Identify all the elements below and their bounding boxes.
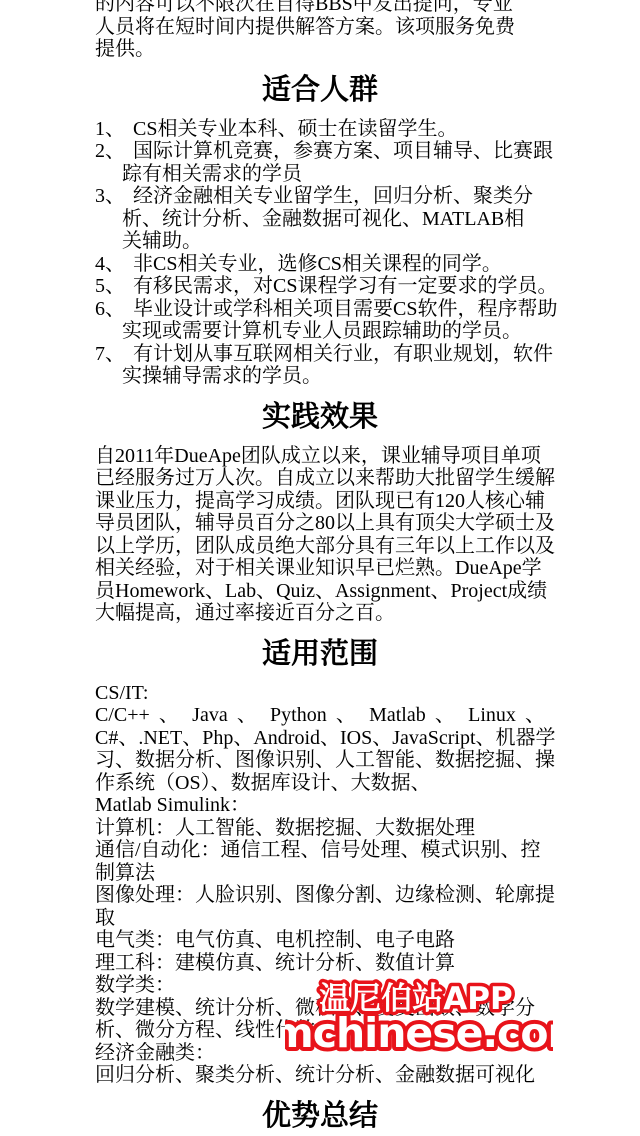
document-page: 的内容可以不限次在自得BBS中发出提问，专业人员将在短时间内提供解答方案。该项服… — [0, 0, 640, 1136]
paragraph-line: 作系统（OS）、数据库设计、大数据、 — [95, 772, 545, 795]
list-item-text: 非CS相关专业，选修CS相关课程的同学。 — [133, 253, 502, 275]
paragraph-line: 取 — [95, 907, 545, 930]
list-item: 4、非CS相关专业，选修CS相关课程的同学。 — [95, 253, 545, 276]
paragraph-line: 相关经验，对于相关课业知识早已烂熟。DueApe学 — [95, 557, 545, 580]
paragraph-line: 以上学历，团队成员绝大部分具有三年以上工作以及 — [95, 535, 545, 558]
list-item: 7、有计划从事互联网相关行业，有职业规划，软件实操辅导需求的学员。 — [95, 343, 545, 388]
paragraph-line: 员Homework、Lab、Quiz、Assignment、Project成绩 — [95, 580, 545, 603]
paragraph-line: 数学类： — [95, 974, 545, 997]
list-item: 1、CS相关专业本科、硕士在读留学生。 — [95, 118, 545, 141]
list-item-line: 6、毕业设计或学科相关项目需要CS软件，程序帮助 — [95, 298, 545, 321]
section-heading: 适合人群 — [95, 75, 545, 105]
list-item-number: 6、 — [95, 298, 133, 321]
list-item-line: 实操辅导需求的学员。 — [95, 365, 545, 388]
paragraph-line: 理工科：建模仿真、统计分析、数值计算 — [95, 952, 545, 975]
list-item-line: 7、有计划从事互联网相关行业，有职业规划，软件 — [95, 343, 545, 366]
list-item: 3、经济金融相关专业留学生，回归分析、聚类分析、统计分析、金融数据可视化、MAT… — [95, 185, 545, 253]
intro-line: 人员将在短时间内提供解答方案。该项服务免费 — [95, 16, 545, 39]
list-item: 5、有移民需求，对CS课程学习有一定要求的学员。 — [95, 275, 545, 298]
list-item-text: 经济金融相关专业留学生，回归分析、聚类分 — [133, 185, 533, 207]
section-paragraph: 自2011年DueApe团队成立以来，课业辅导项目单项已经服务过万人次。自成立以… — [95, 445, 545, 625]
list-item-number: 7、 — [95, 343, 133, 366]
paragraph-line: 习、数据分析、图像识别、人工智能、数据挖掘、操 — [95, 749, 545, 772]
intro-line: 提供。 — [95, 38, 545, 61]
list-item-text: 国际计算机竞赛，参赛方案、项目辅导、比赛跟 — [133, 140, 553, 162]
list-item-number: 3、 — [95, 185, 133, 208]
intro-line: 的内容可以不限次在自得BBS中发出提问，专业 — [95, 0, 545, 16]
list-item-line: 3、经济金融相关专业留学生，回归分析、聚类分 — [95, 185, 545, 208]
paragraph-line: 导员团队，辅导员百分之80以上具有顶尖大学硕士及 — [95, 512, 545, 535]
paragraph-line: CS/IT: — [95, 682, 545, 705]
list-item-number: 4、 — [95, 253, 133, 276]
list-item-text: 有移民需求，对CS课程学习有一定要求的学员。 — [133, 275, 557, 297]
list-item-text: 有计划从事互联网相关行业，有职业规划，软件 — [133, 343, 553, 365]
list-item-line: 4、非CS相关专业，选修CS相关课程的同学。 — [95, 253, 545, 276]
paragraph-line: 自2011年DueApe团队成立以来，课业辅导项目单项 — [95, 445, 545, 468]
paragraph-line: 计算机：人工智能、数据挖掘、大数据处理 — [95, 817, 545, 840]
section-paragraph: CS/IT:C/C++ 、 Java 、 Python 、 Matlab 、 L… — [95, 682, 545, 1087]
list-item-text: CS相关专业本科、硕士在读留学生。 — [133, 118, 457, 140]
list-item-line: 关辅助。 — [95, 230, 545, 253]
paragraph-line: C/C++ 、 Java 、 Python 、 Matlab 、 Linux 、 — [95, 704, 545, 727]
paragraph-line: 数学建模、统计分析、微积分、复变函数、数学分 — [95, 997, 545, 1020]
numbered-list: 1、CS相关专业本科、硕士在读留学生。2、国际计算机竞赛，参赛方案、项目辅导、比… — [95, 118, 545, 388]
list-item-number: 5、 — [95, 275, 133, 298]
list-item-line: 踪有相关需求的学员 — [95, 163, 545, 186]
list-item-text: 毕业设计或学科相关项目需要CS软件，程序帮助 — [133, 298, 557, 320]
paragraph-line: 电气类：电气仿真、电机控制、电子电路 — [95, 929, 545, 952]
section-heading: 适用范围 — [95, 639, 545, 669]
paragraph-line: 图像处理：人脸识别、图像分割、边缘检测、轮廓提 — [95, 884, 545, 907]
list-item-number: 2、 — [95, 140, 133, 163]
list-item: 2、国际计算机竞赛，参赛方案、项目辅导、比赛跟踪有相关需求的学员 — [95, 140, 545, 185]
list-item-number: 1、 — [95, 118, 133, 141]
list-item: 6、毕业设计或学科相关项目需要CS软件，程序帮助实现或需要计算机专业人员跟踪辅助… — [95, 298, 545, 343]
paragraph-line: 析、微分方程、线性代数 — [95, 1019, 545, 1042]
section-heading: 优势总结 — [95, 1101, 545, 1131]
list-item-line: 析、统计分析、金融数据可视化、MATLAB相 — [95, 208, 545, 231]
paragraph-line: 大幅提高，通过率接近百分之百。 — [95, 602, 545, 625]
document-content: 的内容可以不限次在自得BBS中发出提问，专业人员将在短时间内提供解答方案。该项服… — [0, 0, 640, 1136]
paragraph-line: 经济金融类： — [95, 1042, 545, 1065]
paragraph-line: 回归分析、聚类分析、统计分析、金融数据可视化 — [95, 1064, 545, 1087]
paragraph-line: Matlab Simulink： — [95, 794, 545, 817]
intro-paragraph: 的内容可以不限次在自得BBS中发出提问，专业人员将在短时间内提供解答方案。该项服… — [95, 0, 545, 61]
list-item-line: 5、有移民需求，对CS课程学习有一定要求的学员。 — [95, 275, 545, 298]
paragraph-line: 课业压力，提高学习成绩。团队现已有120人核心辅 — [95, 490, 545, 513]
paragraph-line: 制算法 — [95, 862, 545, 885]
section-heading: 实践效果 — [95, 402, 545, 432]
list-item-line: 实现或需要计算机专业人员跟踪辅助的学员。 — [95, 320, 545, 343]
list-item-line: 1、CS相关专业本科、硕士在读留学生。 — [95, 118, 545, 141]
paragraph-line: 已经服务过万人次。自成立以来帮助大批留学生缓解 — [95, 467, 545, 490]
list-item-line: 2、国际计算机竞赛，参赛方案、项目辅导、比赛跟 — [95, 140, 545, 163]
paragraph-line: C#、.NET、Php、Android、IOS、JavaScript、机器学 — [95, 727, 545, 750]
paragraph-line: 通信/自动化：通信工程、信号处理、模式识别、控 — [95, 839, 545, 862]
